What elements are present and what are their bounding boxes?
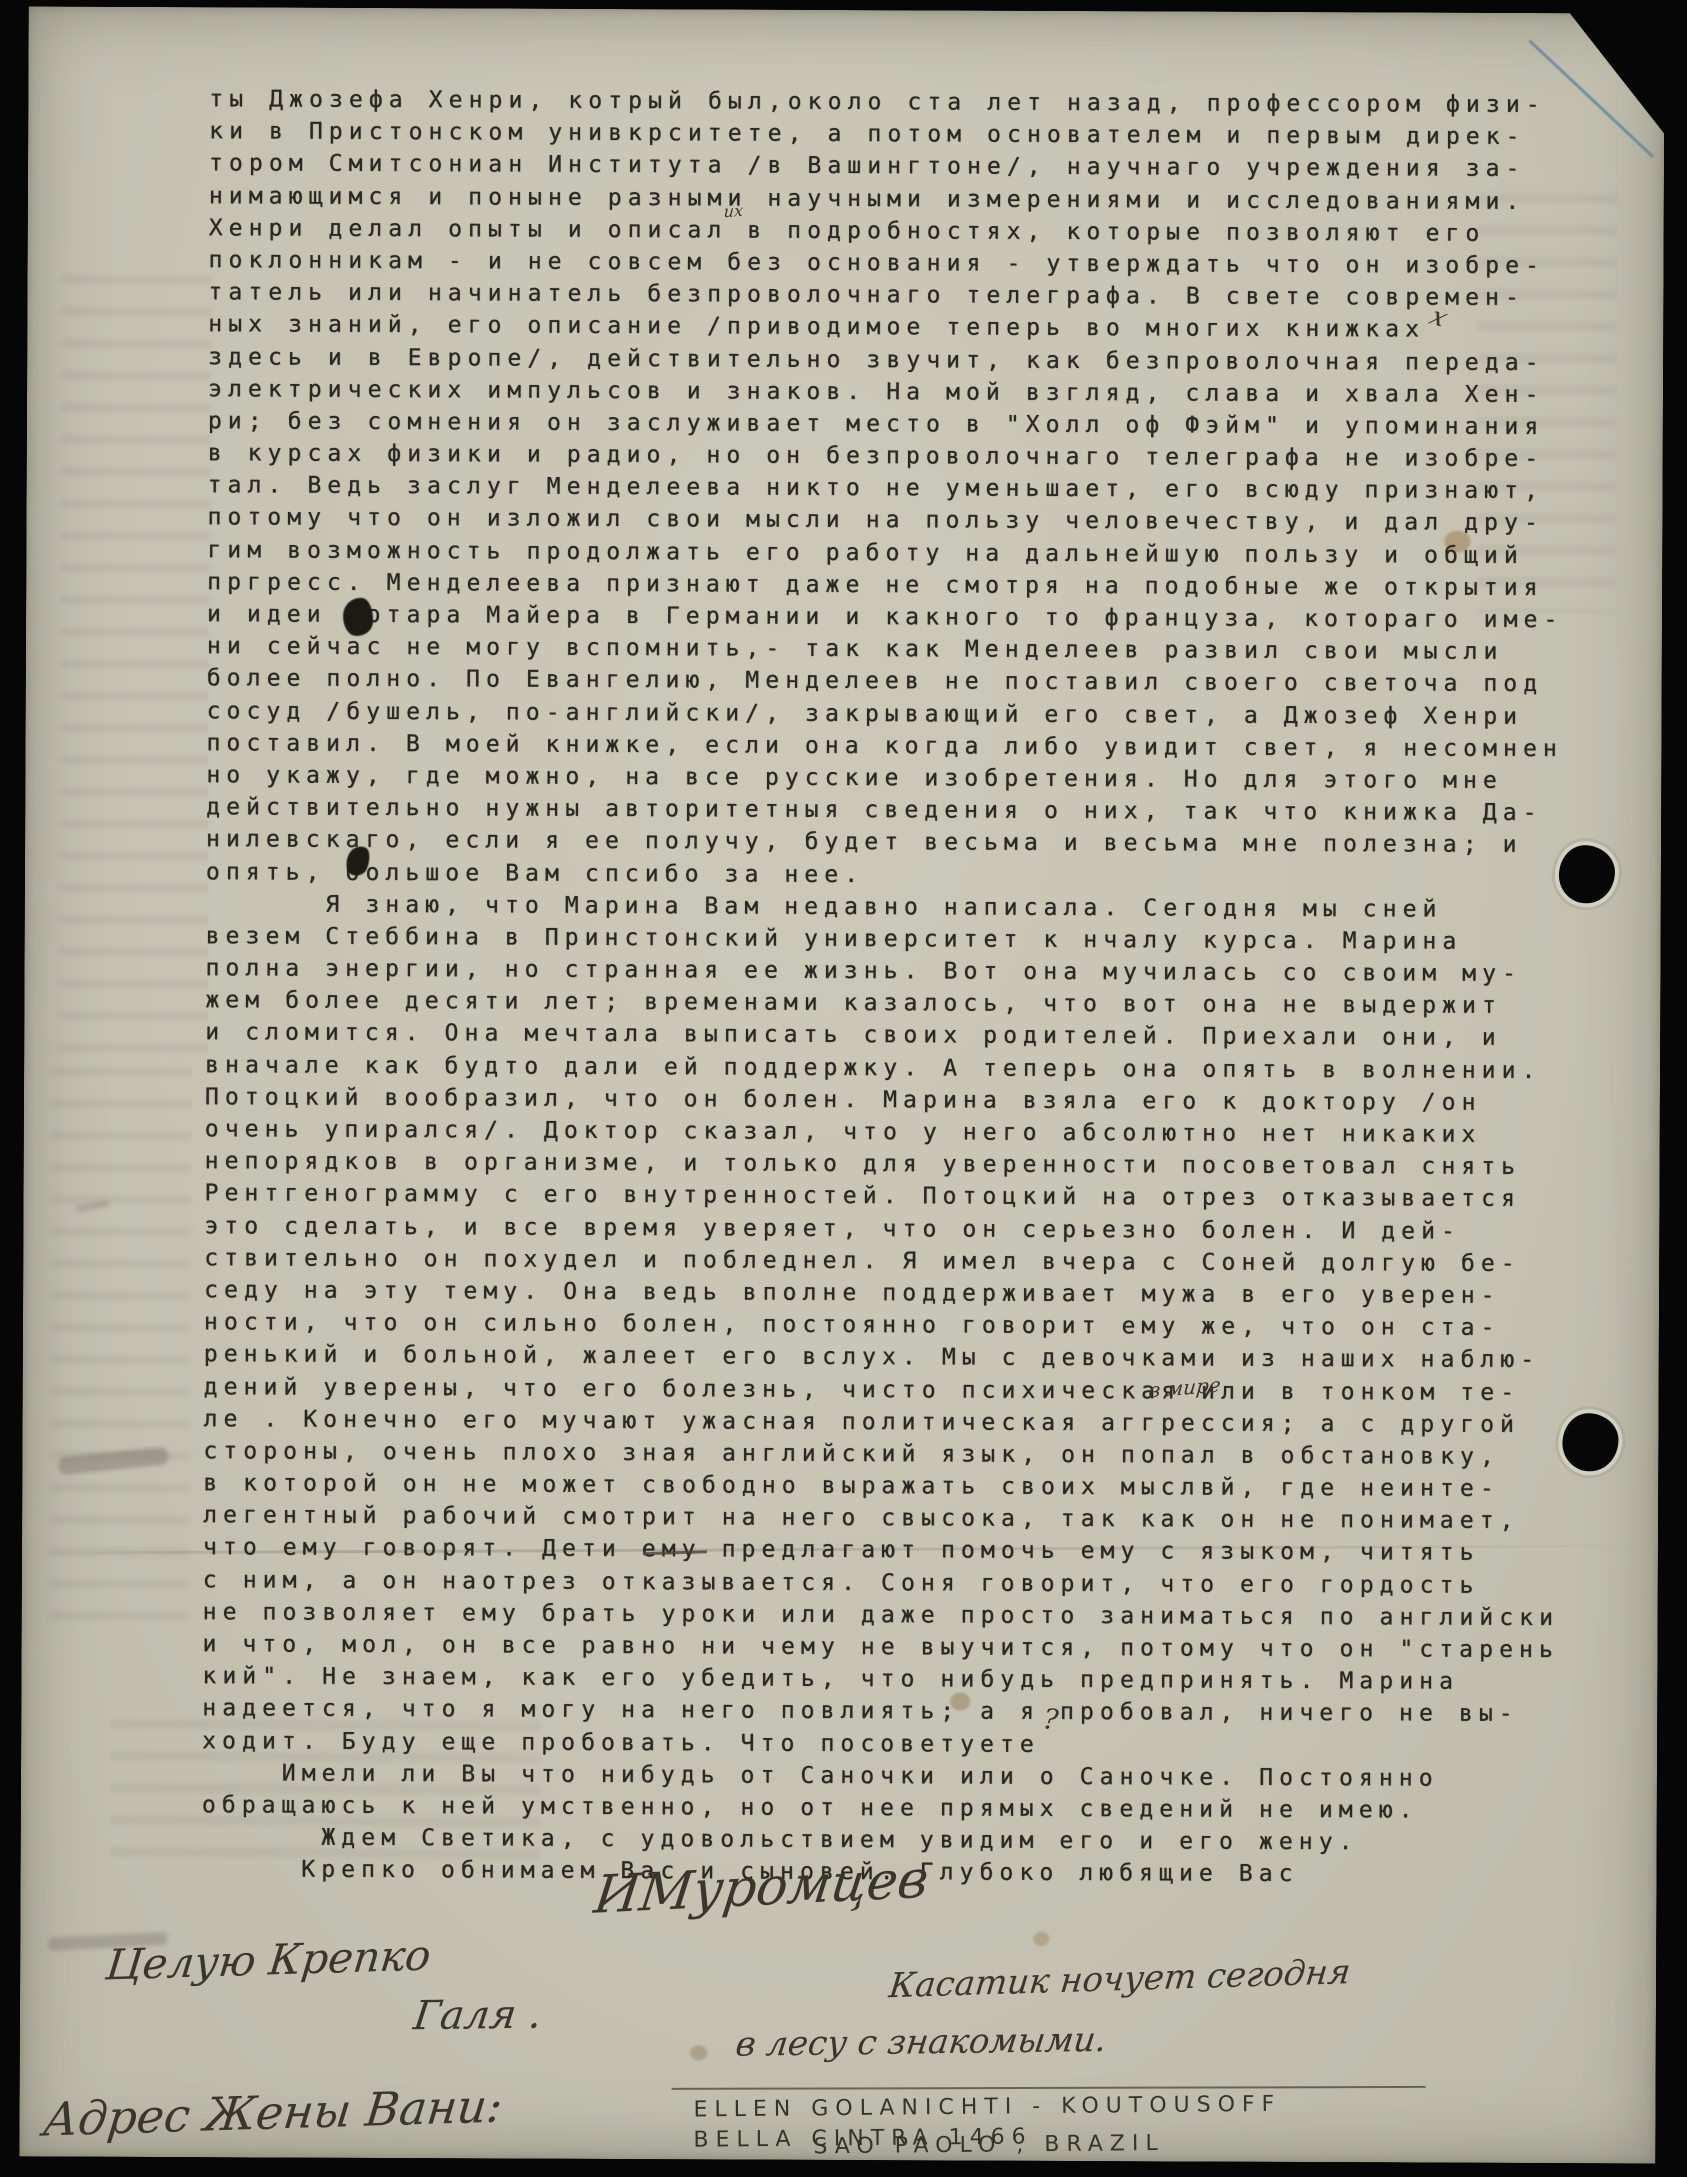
- letter-page: ты Джозефа Хенри, котрый был,около ста л…: [19, 6, 1664, 2163]
- handwritten-note-right-2: в лесу с знакомыми.: [733, 2020, 1109, 2065]
- typed-line: нилевскаго, если я ее получу, будет весь…: [206, 824, 1563, 862]
- typed-line: потому что он изложил свои мысли на поль…: [207, 502, 1564, 540]
- handwritten-insertion-word: их: [723, 201, 744, 221]
- rust-stain: [690, 2045, 708, 2060]
- handwritten-closing-left: Целую Крепко: [104, 1930, 434, 1989]
- typed-line: тором Смитсониан Института /в Вашингтоне…: [209, 148, 1566, 186]
- typed-line: более полно. По Евангелию, Менделеев не …: [207, 663, 1564, 701]
- punch-hole-bottom: [1562, 1413, 1618, 1471]
- typed-line: надеется, что я могу на него повлиять; а…: [202, 1693, 1559, 1731]
- address-line-3: SAO PAOLO , BRAZIL: [813, 2131, 1165, 2159]
- typed-line: ренький и больной, жалеет его вслух. Мы …: [204, 1339, 1561, 1377]
- address-line-1: ELLEN GOLANICHTI - KOUTOUSOFF: [693, 2092, 1281, 2123]
- bleedthrough-texture: [58, 275, 211, 1056]
- typed-line: ных знаний, его описание /приводимое теп…: [208, 309, 1565, 347]
- punch-hole-top: [1559, 845, 1615, 903]
- handwritten-underline: [672, 2086, 1426, 2090]
- typed-line: и сломится. Она мечтала выписать своих р…: [205, 1017, 1562, 1055]
- address-label: Адрес Жены Вани:: [41, 2078, 506, 2146]
- ink-blot: [343, 598, 373, 636]
- handwritten-name: Галя .: [411, 1992, 545, 2040]
- typed-text: ты Джозефа Хенри, котрый был,около ста л…: [202, 83, 1566, 1891]
- typed-line: Рентгенограмму с его внутренностей. Пото…: [204, 1178, 1561, 1216]
- rust-stain: [1033, 1932, 1049, 1946]
- handwritten-note-right-1: Касатик ночует сегодня: [887, 1952, 1353, 2006]
- bleedthrough-texture: [50, 1067, 192, 1628]
- typed-line: что ему говорят. Дети ему предлагают пом…: [203, 1532, 1560, 1570]
